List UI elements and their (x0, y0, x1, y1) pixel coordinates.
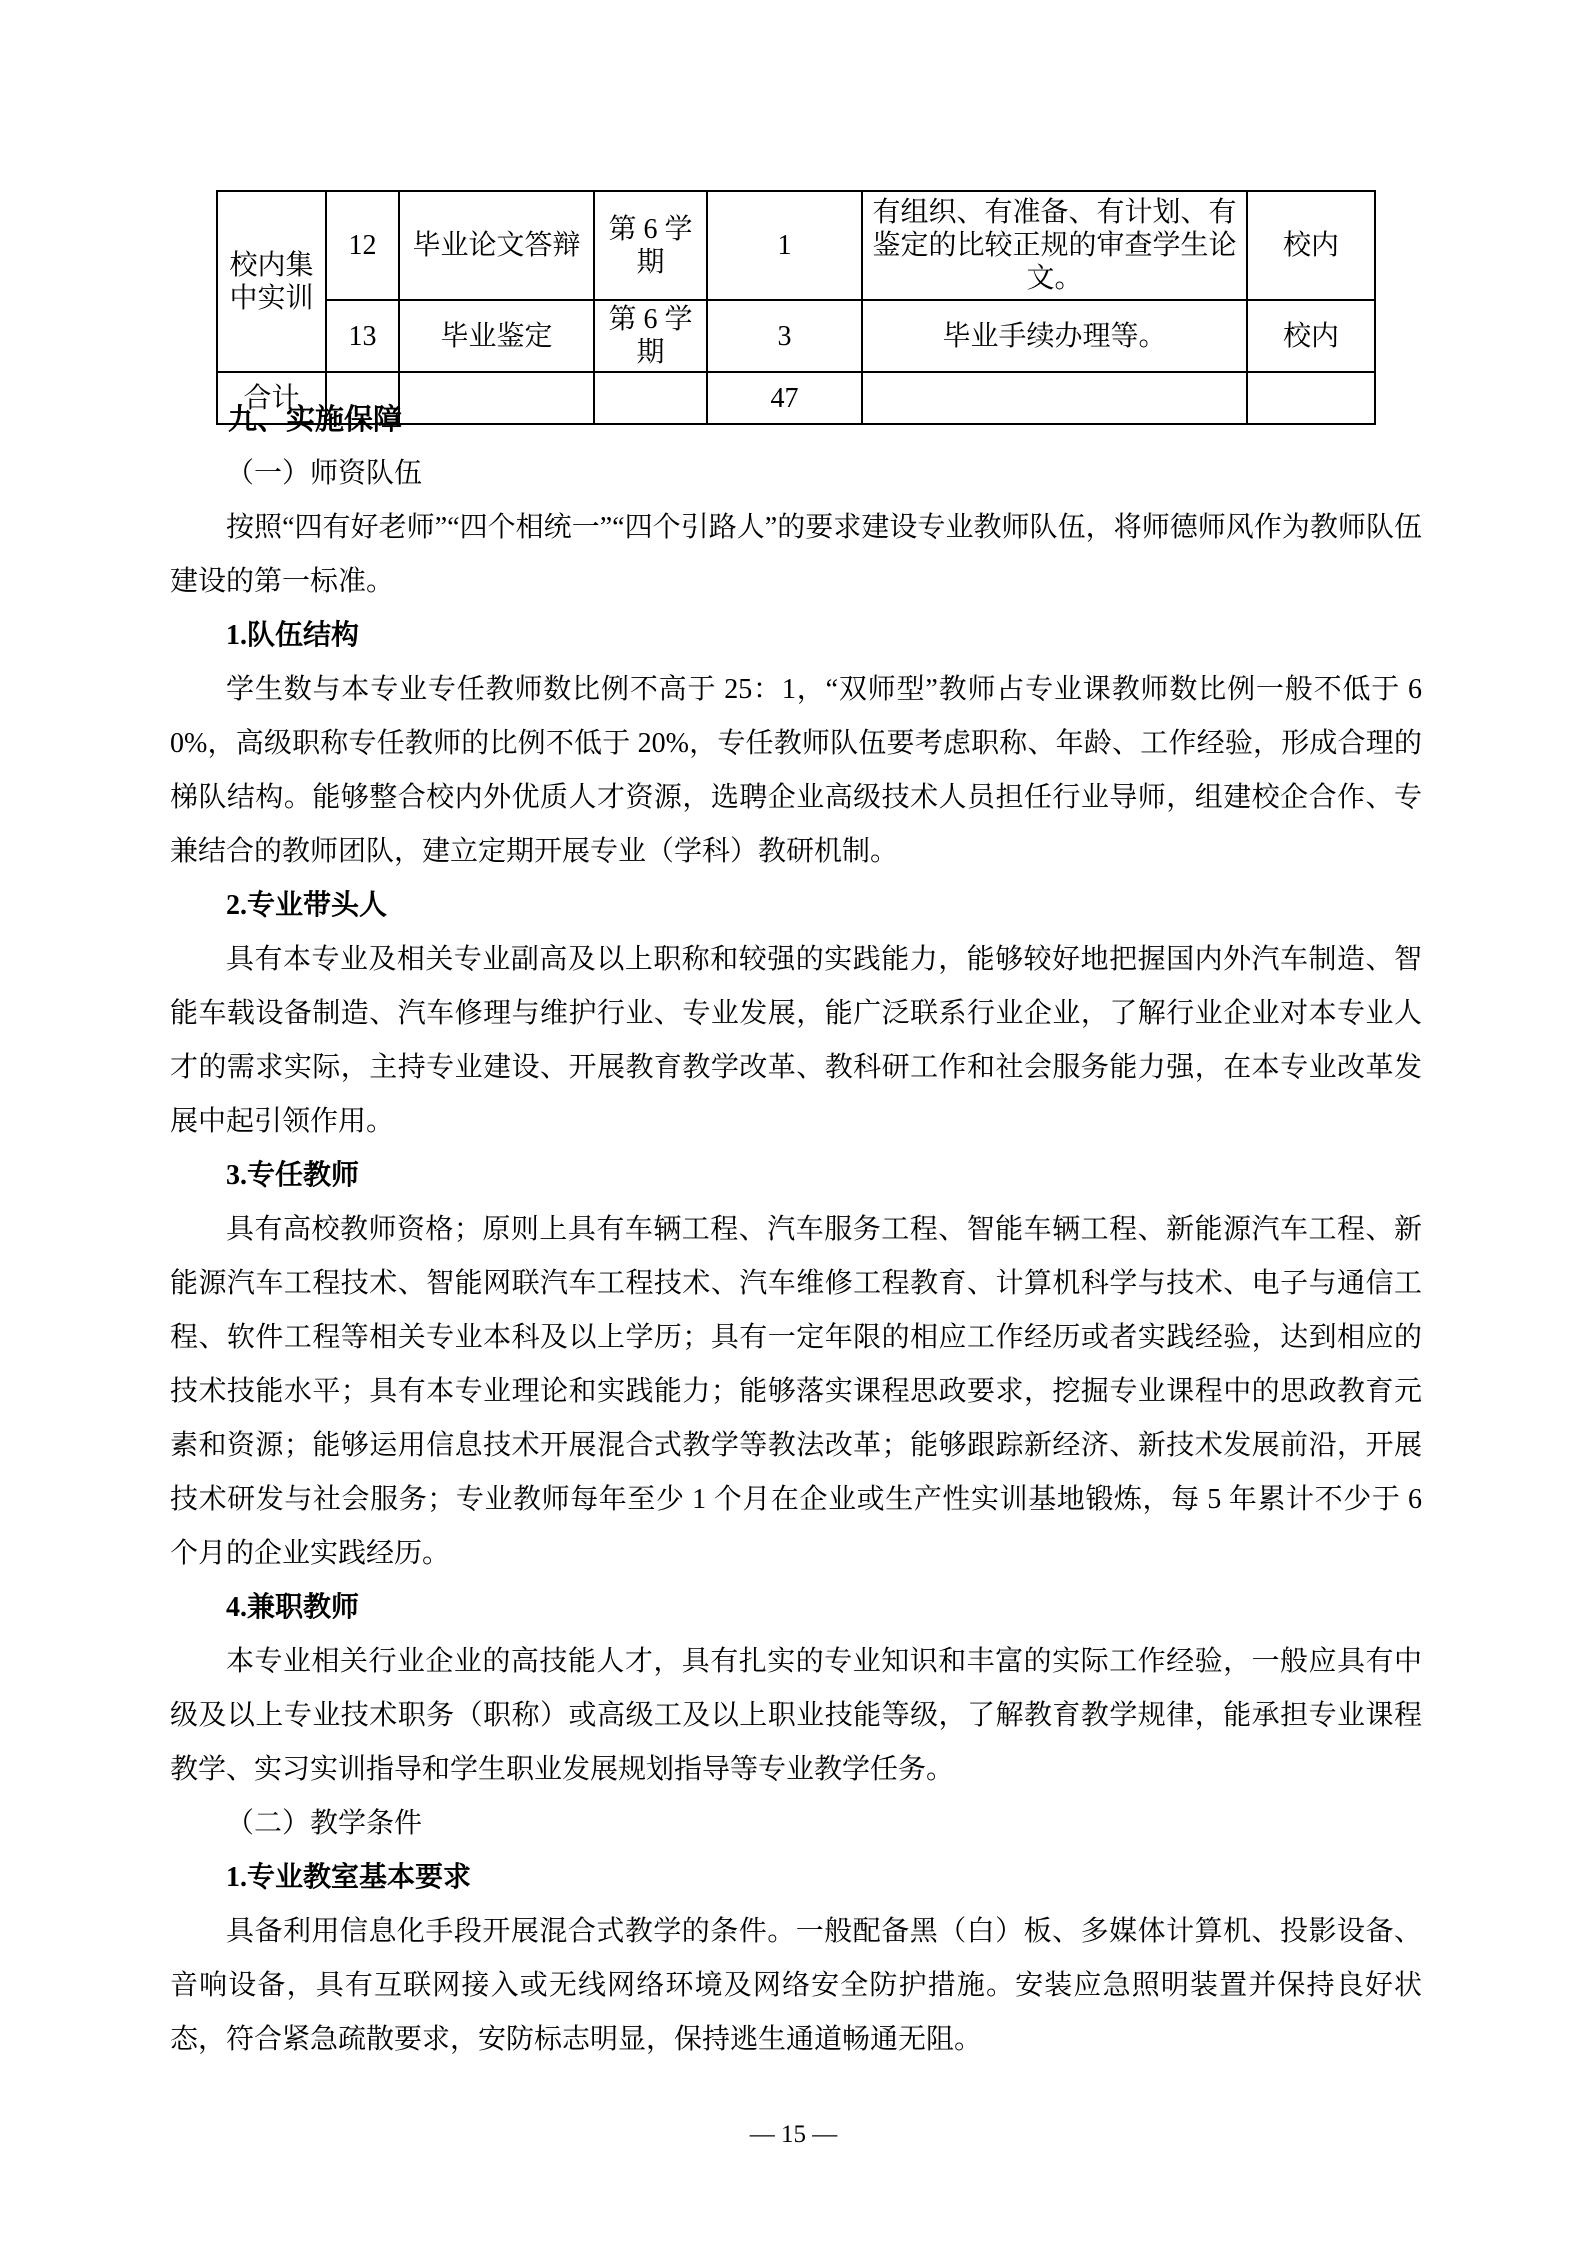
subheading-program-leader: 2.专业带头人 (170, 879, 1422, 933)
cell-term: 第 6 学期 (594, 191, 707, 300)
cell-desc: 毕业手续办理等。 (862, 300, 1247, 372)
cell-desc: 有组织、有准备、有计划、有鉴定的比较正规的审查学生论文。 (862, 191, 1247, 300)
section-heading-implementation-guarantee: 九、实施保障 (170, 393, 1422, 447)
cell-no: 13 (326, 300, 399, 372)
cell-term: 第 6 学期 (594, 300, 707, 372)
cell-name: 毕业论文答辩 (399, 191, 594, 300)
document-body: 九、实施保障 （一）师资队伍 按照“四有好老师”“四个相统一”“四个引路人”的要… (170, 393, 1422, 2067)
cell-no: 12 (326, 191, 399, 300)
paragraph-parttime-teachers: 本专业相关行业企业的高技能人才，具有扎实的专业知识和丰富的实际工作经验，一般应具… (170, 1635, 1422, 1797)
paragraph-classroom-requirements: 具备利用信息化手段开展混合式教学的条件。一般配备黑（白）板、多媒体计算机、投影设… (170, 1905, 1422, 2067)
cell-category: 校内集中实训 (217, 191, 326, 372)
paragraph-teacher-ethics: 按照“四有好老师”“四个相统一”“四个引路人”的要求建设专业教师队伍，将师德师风… (170, 501, 1422, 609)
page-number: — 15 — (0, 2120, 1587, 2150)
cell-place: 校内 (1247, 300, 1375, 372)
subsection-heading-teaching-staff: （一）师资队伍 (170, 447, 1422, 501)
cell-hours: 3 (707, 300, 862, 372)
table-row: 校内集中实训 12 毕业论文答辩 第 6 学期 1 有组织、有准备、有计划、有鉴… (217, 191, 1375, 300)
subheading-parttime-teachers: 4.兼职教师 (170, 1581, 1422, 1635)
cell-name: 毕业鉴定 (399, 300, 594, 372)
paragraph-program-leader: 具有本专业及相关专业副高及以上职称和较强的实践能力，能够较好地把握国内外汽车制造… (170, 933, 1422, 1149)
subsection-heading-teaching-conditions: （二）教学条件 (170, 1797, 1422, 1851)
paragraph-fulltime-teachers: 具有高校教师资格；原则上具有车辆工程、汽车服务工程、智能车辆工程、新能源汽车工程… (170, 1203, 1422, 1581)
subheading-fulltime-teachers: 3.专任教师 (170, 1149, 1422, 1203)
cell-hours: 1 (707, 191, 862, 300)
table-row: 13 毕业鉴定 第 6 学期 3 毕业手续办理等。 校内 (217, 300, 1375, 372)
paragraph-team-structure: 学生数与本专业专任教师数比例不高于 25：1，“双师型”教师占专业课教师数比例一… (170, 663, 1422, 879)
subheading-classroom-requirements: 1.专业教室基本要求 (170, 1851, 1422, 1905)
subheading-team-structure: 1.队伍结构 (170, 609, 1422, 663)
cell-place: 校内 (1247, 191, 1375, 300)
training-schedule-table: 校内集中实训 12 毕业论文答辩 第 6 学期 1 有组织、有准备、有计划、有鉴… (216, 190, 1376, 425)
document-page: 校内集中实训 12 毕业论文答辩 第 6 学期 1 有组织、有准备、有计划、有鉴… (0, 0, 1587, 2245)
